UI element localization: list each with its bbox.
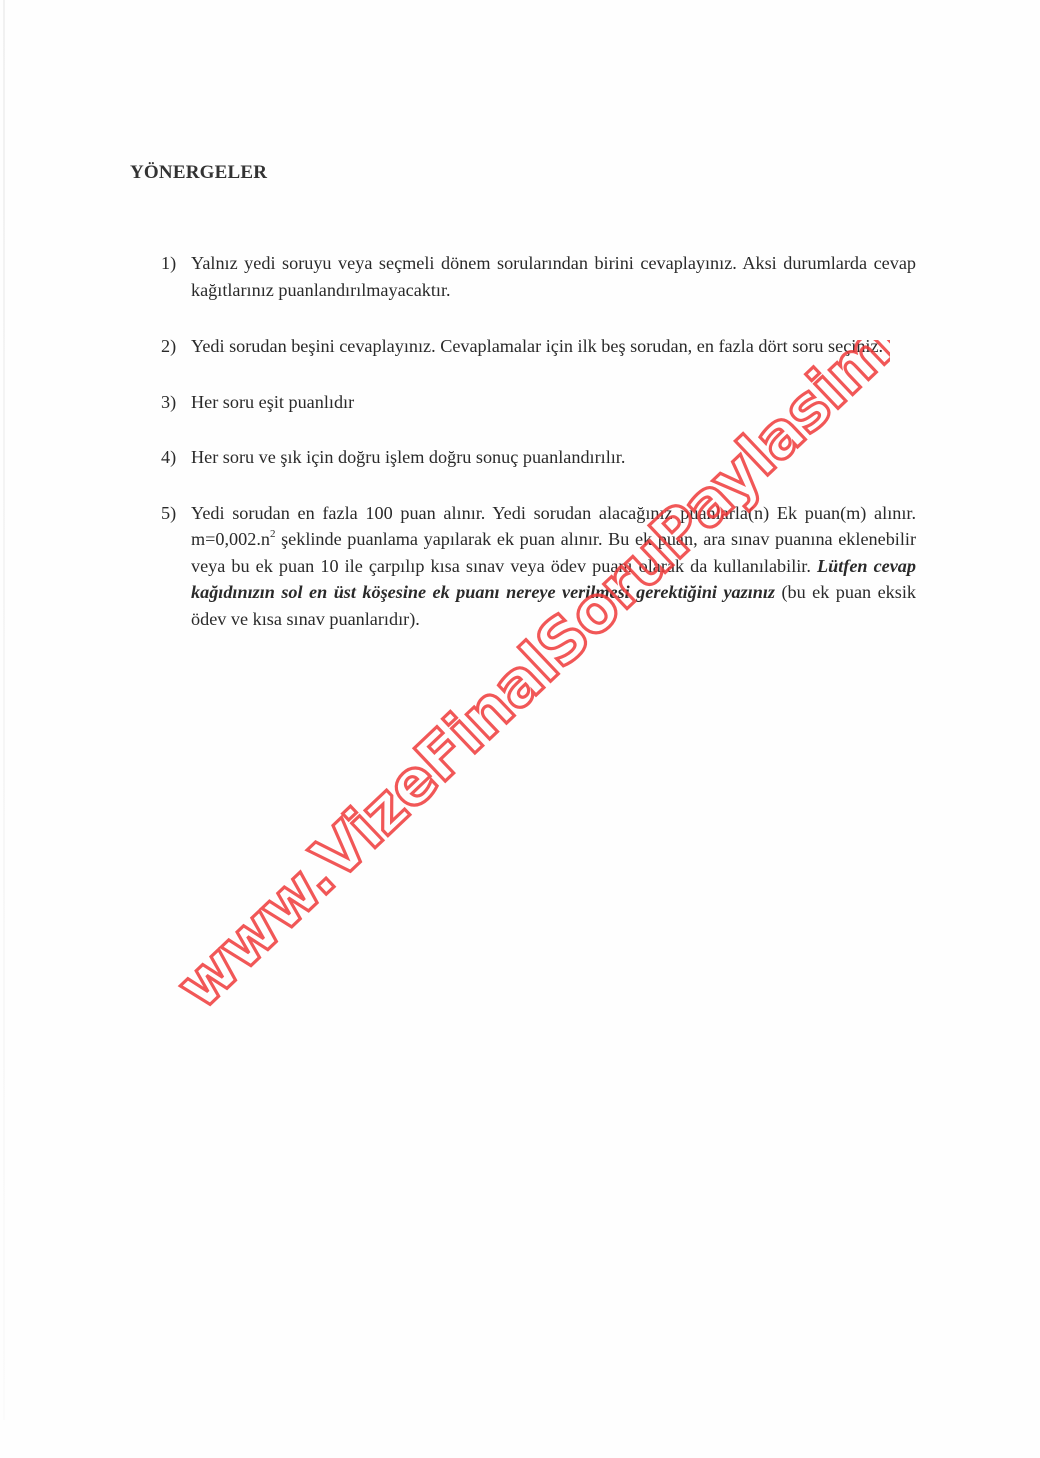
instruction-item: 4) Her soru ve şık için doğru işlem doğr…	[161, 444, 916, 471]
instruction-item: 5) Yedi sorudan en fazla 100 puan alınır…	[161, 500, 916, 633]
instruction-number: 2)	[161, 333, 176, 360]
instruction-text-cont: şeklinde puanlama yapılarak ek puan alın…	[191, 529, 916, 576]
document-page: YÖNERGELER 1) Yalnız yedi soruyu veya se…	[0, 0, 1040, 1458]
instruction-item: 3) Her soru eşit puanlıdır	[161, 389, 916, 416]
instruction-number: 5)	[161, 500, 176, 527]
instruction-number: 4)	[161, 444, 176, 471]
instruction-number: 1)	[161, 250, 176, 277]
instruction-number: 3)	[161, 389, 176, 416]
instruction-text: Yalnız yedi soruyu veya seçmeli dönem so…	[191, 253, 916, 300]
instruction-text: Her soru eşit puanlıdır	[191, 392, 354, 412]
instruction-text: Yedi sorudan beşini cevaplayınız. Cevapl…	[191, 336, 883, 356]
instruction-item: 2) Yedi sorudan beşini cevaplayınız. Cev…	[161, 333, 916, 360]
page-title: YÖNERGELER	[130, 162, 267, 184]
formula-exponent: 2	[270, 528, 276, 540]
instruction-item: 1) Yalnız yedi soruyu veya seçmeli dönem…	[161, 250, 916, 303]
instruction-text: Her soru ve şık için doğru işlem doğru s…	[191, 447, 625, 467]
scan-edge	[3, 0, 5, 1420]
instructions-list: 1) Yalnız yedi soruyu veya seçmeli dönem…	[161, 250, 916, 632]
